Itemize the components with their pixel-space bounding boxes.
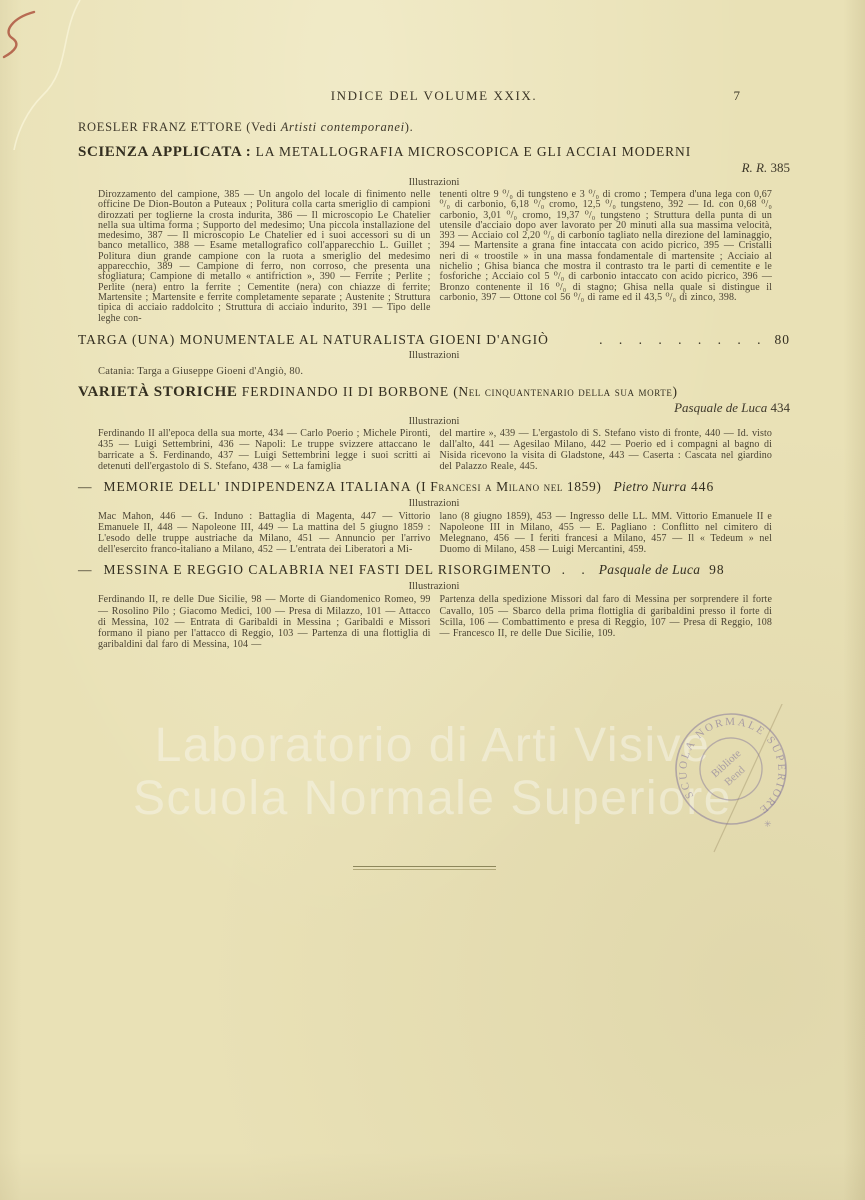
memorie-title: MEMORIE DELL' INDIPENDENZA ITALIANA	[104, 479, 412, 495]
scienza-illustrazioni-label: Illustrazioni	[78, 177, 790, 188]
varieta-illustration-list: Ferdinando II all'epoca della sua morte,…	[98, 428, 772, 473]
page-content: INDICE DEL VOLUME XXIX. 7 ROESLER FRANZ …	[78, 88, 790, 651]
memorie-column-right: lano (8 giugno 1859), 453 — Ingresso del…	[440, 511, 773, 556]
page-title: INDICE DEL VOLUME XXIX.	[78, 88, 790, 104]
scienza-title: SCIENZA APPLICATA : LA METALLOGRAFIA MIC…	[78, 144, 790, 161]
messina-page-ref: 98	[709, 562, 725, 577]
varieta-title: VARIETÀ STORICHE FERDINANDO II DI BORBON…	[78, 384, 790, 401]
scienza-page-ref: 385	[771, 160, 791, 175]
varieta-title-paren: (Nel cinquantenario della sua morte)	[453, 384, 677, 399]
varieta-page-ref: 434	[771, 400, 791, 415]
stamp-star-icon: ✳	[764, 819, 772, 829]
dot-leaders: . . . . . . . . .	[599, 332, 762, 348]
varieta-column-right: del martire », 439 — L'ergastolo di S. S…	[440, 428, 773, 473]
section-divider-rule	[353, 866, 496, 870]
varieta-column-left: Ferdinando II all'epoca della sua morte,…	[98, 428, 431, 473]
messina-author: Pasquale de Luca	[599, 562, 701, 577]
memorie-byline: Pietro Nurra 446	[613, 479, 714, 495]
varieta-title-rest: FERDINANDO II DI BORBONE	[242, 384, 449, 399]
entry-roesler: ROESLER FRANZ ETTORE (Vedi Artisti conte…	[78, 120, 790, 135]
memorie-title-line: — MEMORIE DELL' INDIPENDENZA ITALIANA (I…	[78, 479, 790, 495]
scienza-column-right: tenenti oltre 9 ⁰/₀ di tungsteno e 3 ⁰/₀…	[440, 190, 773, 324]
memorie-author: Pietro Nurra	[613, 479, 686, 494]
targa-title-line: TARGA (UNA) MONUMENTALE AL NATURALISTA G…	[78, 332, 790, 348]
memorie-illustration-list: Mac Mahon, 446 — G. Induno : Battaglia d…	[98, 511, 772, 556]
targa-page-ref: 80	[775, 332, 791, 348]
messina-title-line: — MESSINA E REGGIO CALABRIA NEI FASTI DE…	[78, 562, 790, 578]
memorie-page-ref: 446	[691, 479, 714, 494]
continuation-dash: —	[78, 479, 92, 495]
roesler-suffix: ).	[405, 120, 414, 134]
roesler-crossref: Artisti contemporanei	[281, 120, 405, 134]
memorie-illustrazioni-label: Illustrazioni	[78, 498, 790, 509]
running-head: INDICE DEL VOLUME XXIX. 7	[78, 88, 790, 104]
varieta-illustrazioni-label: Illustrazioni	[78, 416, 790, 427]
targa-illustration-list: Catania: Targa a Giuseppe Gioeni d'Angiò…	[98, 366, 790, 377]
messina-column-left: Ferdinando II, re delle Due Sicilie, 98 …	[98, 594, 431, 650]
page-number: 7	[734, 88, 741, 104]
messina-column-right: Partenza della spedizione Missori dal fa…	[440, 594, 773, 650]
messina-byline: Pasquale de Luca 98	[599, 562, 725, 578]
roesler-text: ROESLER FRANZ ETTORE (Vedi	[78, 120, 281, 134]
messina-title: MESSINA E REGGIO CALABRIA NEI FASTI DEL …	[104, 562, 552, 578]
scienza-illustration-list: Dirozzamento del campione, 385 — Un ango…	[98, 190, 772, 324]
scienza-title-rest: LA METALLOGRAFIA MICROSCOPICA E GLI ACCI…	[256, 144, 691, 159]
memorie-column-left: Mac Mahon, 446 — G. Induno : Battaglia d…	[98, 511, 431, 556]
targa-illustrazioni-label: Illustrazioni	[78, 350, 790, 361]
memorie-title-paren: (I Francesi a Milano nel 1859)	[416, 479, 601, 495]
continuation-dash: —	[78, 562, 92, 578]
messina-illustrazioni-label: Illustrazioni	[78, 581, 790, 592]
scienza-title-bold: SCIENZA APPLICATA :	[78, 144, 251, 160]
targa-title: TARGA (UNA) MONUMENTALE AL NATURALISTA G…	[78, 332, 549, 348]
scienza-column-left: Dirozzamento del campione, 385 — Un ango…	[98, 190, 431, 324]
varieta-byline: Pasquale de Luca 434	[78, 401, 790, 415]
messina-illustration-list: Ferdinando II, re delle Due Sicilie, 98 …	[98, 594, 772, 650]
scanned-page: INDICE DEL VOLUME XXIX. 7 ROESLER FRANZ …	[0, 0, 865, 1200]
varieta-author: Pasquale de Luca	[674, 400, 767, 415]
varieta-title-bold: VARIETÀ STORICHE	[78, 384, 238, 400]
scienza-byline: R. R. 385	[78, 161, 790, 175]
dot-leaders: . .	[562, 562, 587, 578]
library-stamp: SCUOLA NORMALE SUPERIORE Bibliote Bend ✳	[666, 704, 798, 854]
scienza-author: R. R.	[742, 160, 768, 175]
